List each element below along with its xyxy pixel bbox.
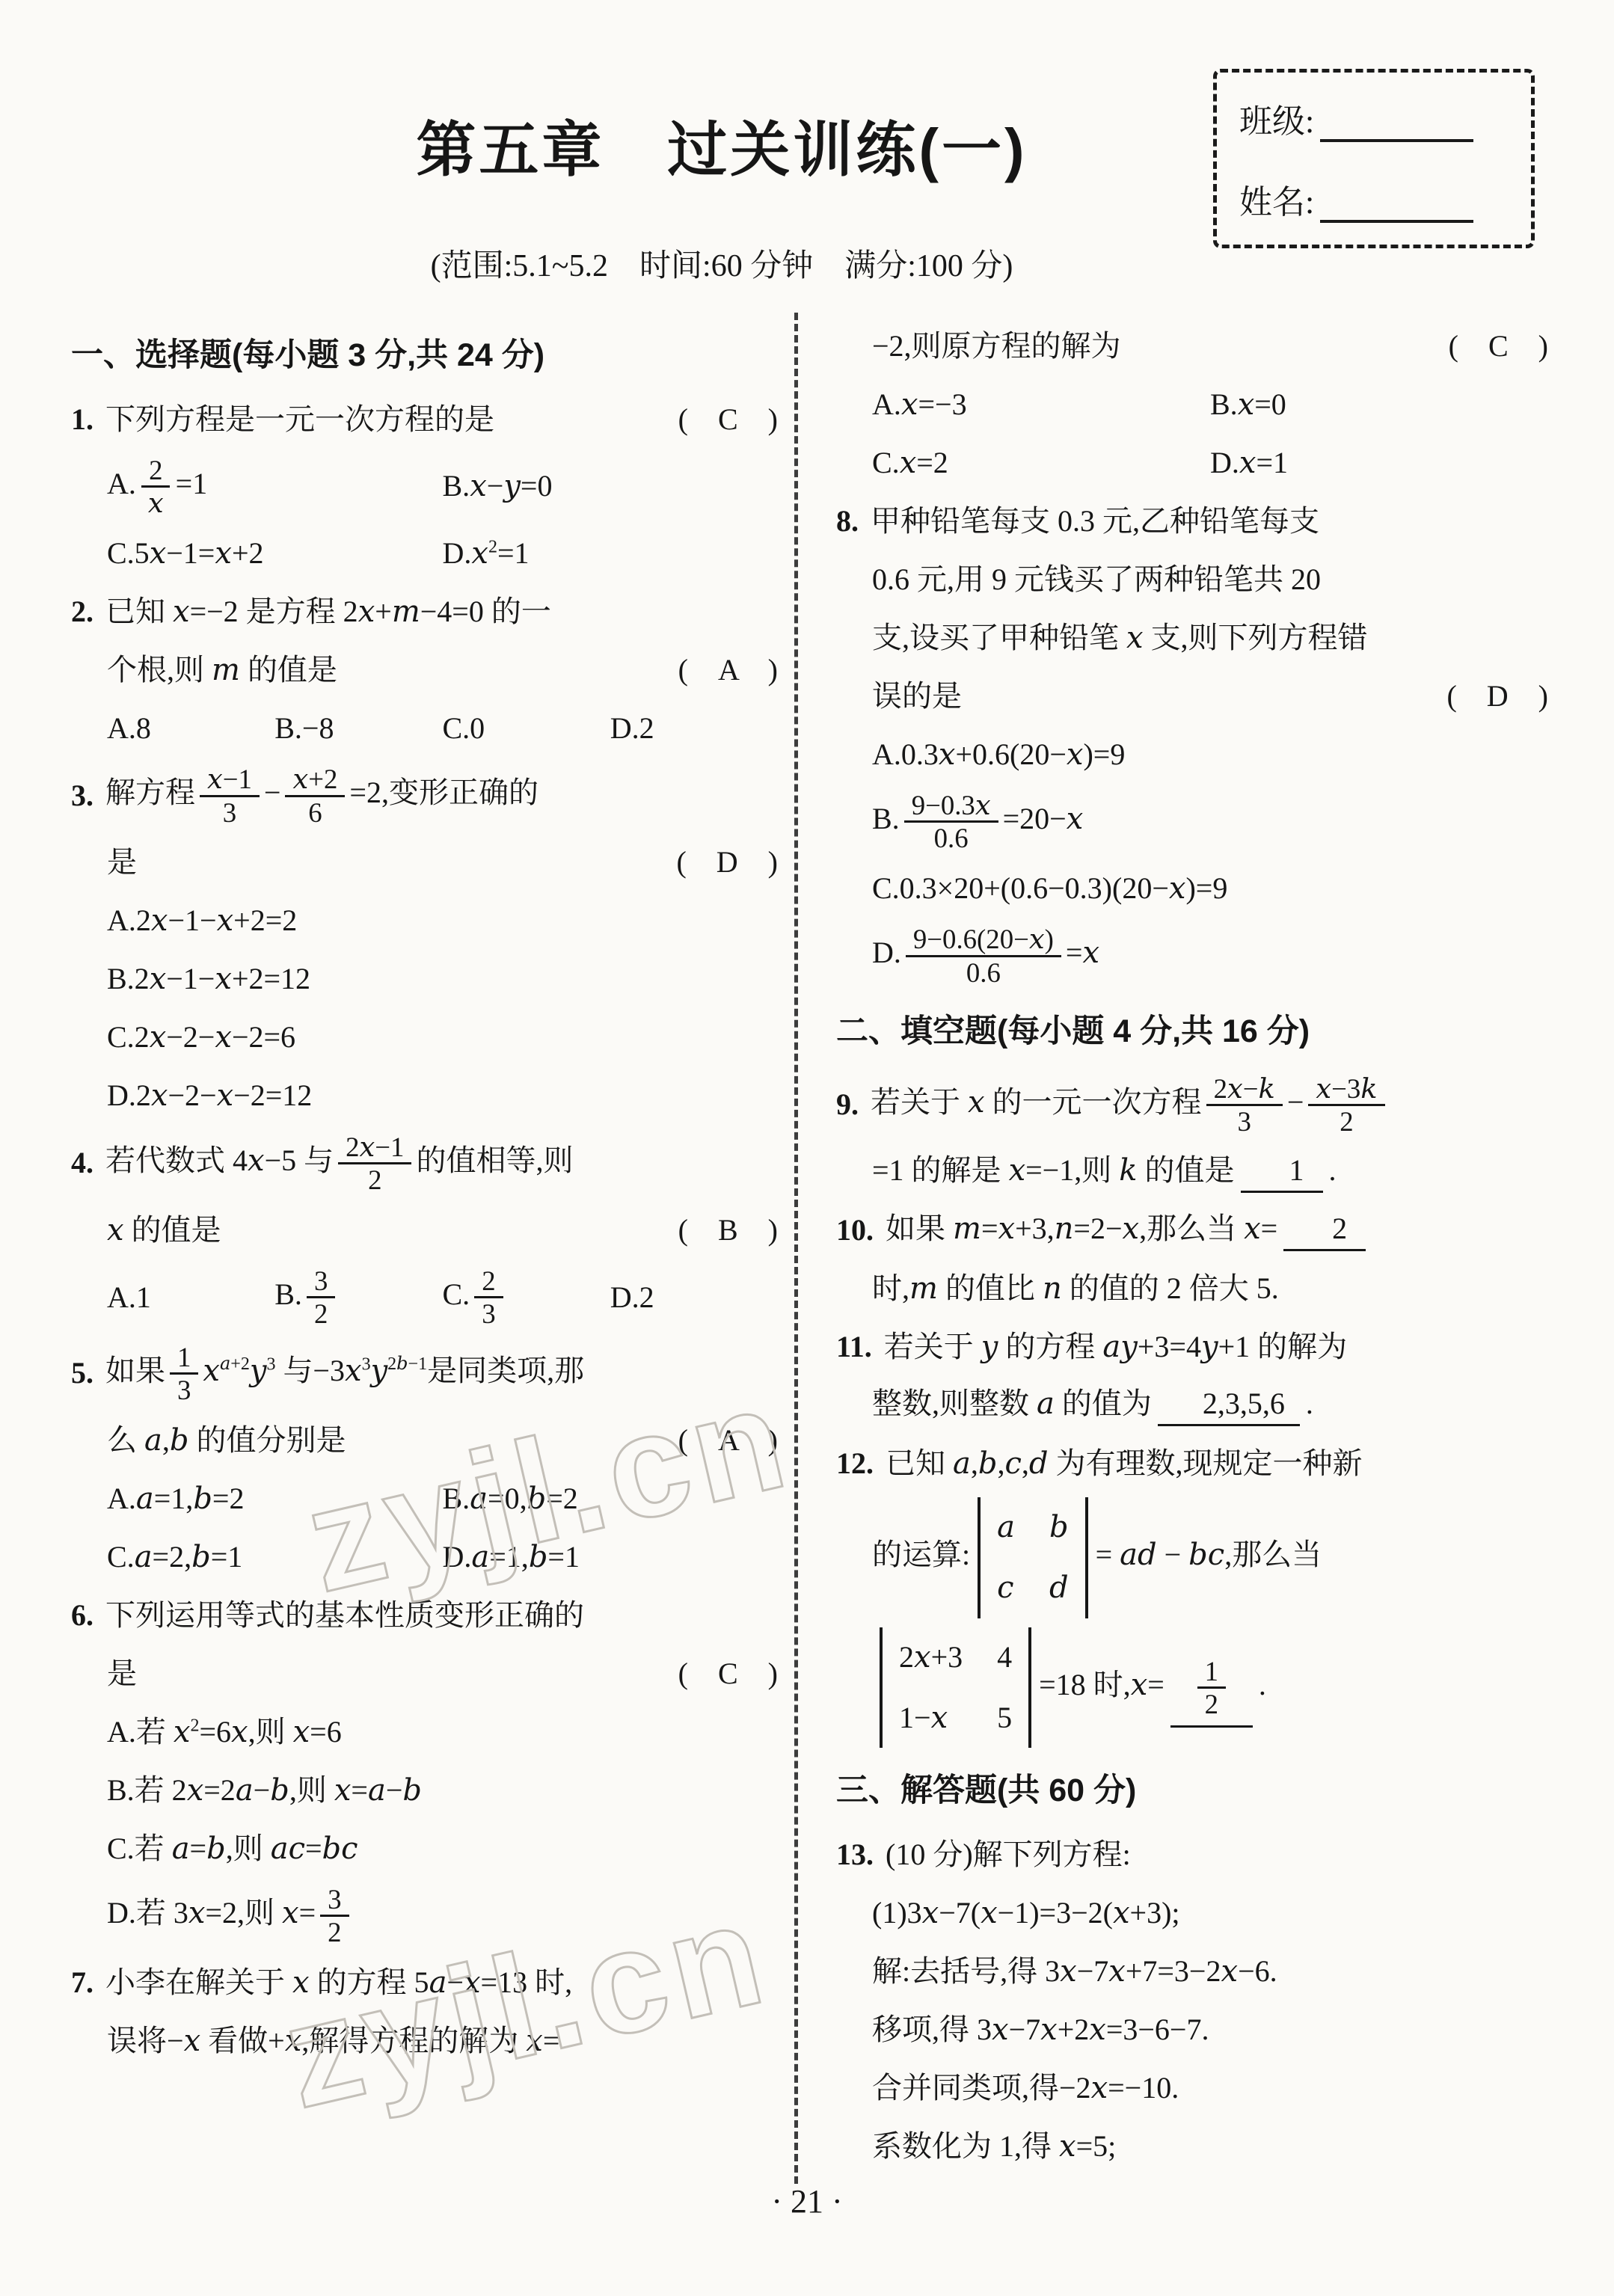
math-run: d — [1049, 1571, 1069, 1605]
math-run: x — [150, 1020, 167, 1055]
line-text: 移项,得 3x−7x+2x=3−6−7. — [872, 2010, 1209, 2050]
option-item: C.0.3×20+(0.6−0.3)(20−x)=9 — [872, 869, 1227, 909]
content-line: 个根,则 m 的值是( A ) — [71, 641, 778, 699]
math-run: x — [215, 962, 232, 996]
content-line: B.2x−1−x+2=12 — [71, 951, 778, 1009]
answer-choice: ( C ) — [1437, 327, 1548, 366]
answer-choice: ( C ) — [666, 400, 778, 440]
math-run: x — [1029, 923, 1045, 955]
line-text: 小李在解关于 x 的方程 5a−x=13 时, — [105, 1963, 572, 2003]
content-line: D.2x−2−x−2=12 — [71, 1067, 778, 1126]
superscript: 2 — [190, 1716, 199, 1735]
line-text: 0.6 元,用 9 元钱买了两种铅笔共 20 — [872, 560, 1321, 600]
fraction: 12 — [1197, 1656, 1226, 1719]
answer-choice: ( D ) — [664, 843, 778, 883]
math-run: x — [1089, 2013, 1106, 2047]
right-column: −2,则原方程的解为( C )A.x=−3B.x=0C.x=2D.x=18.甲种… — [836, 317, 1548, 2176]
option-item: C.若 a=b,则 ac=bc — [107, 1829, 358, 1869]
math-run: k — [1119, 1153, 1137, 1188]
content-line: A.2x−1−x+2=2 — [71, 892, 778, 951]
content-line: 时,m 的值比 n 的值的 2 倍大 5. — [836, 1259, 1548, 1318]
math-run: y — [250, 1354, 267, 1388]
math-run: y — [503, 469, 521, 503]
content-line: D.9−0.6(20−x)0.6=x — [836, 918, 1548, 993]
math-run: ay — [1102, 1330, 1137, 1364]
line-text: 是 — [107, 1654, 137, 1694]
option-item: B.2x−1−x+2=12 — [107, 960, 310, 999]
math-run: x — [231, 1715, 248, 1749]
option-item: B.32 — [274, 1259, 442, 1335]
math-run: b — [978, 1446, 998, 1481]
math-run: a — [236, 1773, 254, 1808]
question-number: 9. — [836, 1085, 871, 1125]
math-run: a — [144, 1423, 162, 1458]
question-number: 1. — [71, 400, 105, 440]
line-text: 三、解答题(共 60 分) — [836, 1769, 1136, 1812]
math-run: ac — [271, 1832, 305, 1866]
answer-blank: 12 — [1170, 1650, 1253, 1728]
left-column: 一、选择题(每小题 3 分,共 24 分)1.下列方程是一元一次方程的是( C … — [71, 317, 778, 2070]
option-item: A.2x=1 — [107, 449, 443, 524]
math-run: x — [1316, 1072, 1331, 1105]
fraction: x−3k2 — [1308, 1073, 1384, 1137]
content-line: C.5x−1=x+2D.x2=1 — [71, 524, 778, 583]
math-run: x — [1126, 621, 1144, 655]
question-line: 8.甲种铅笔每支 0.3 元,乙种铅笔每支 — [836, 492, 1548, 550]
page-title: 第五章 过关训练(一) — [0, 102, 1443, 188]
content-line: −2,则原方程的解为( C ) — [836, 317, 1548, 375]
content-line: B.9−0.3x0.6=20−x — [836, 784, 1548, 859]
math-run: x — [334, 1773, 352, 1808]
math-run: x — [107, 1213, 124, 1247]
math-run: x — [282, 1896, 299, 1930]
question-number: 7. — [71, 1963, 105, 2003]
content-line: 0.6 元,用 9 元钱买了两种铅笔共 20 — [836, 550, 1548, 609]
option-item: C.2x−2−x−2=6 — [107, 1018, 295, 1058]
math-run: k — [1360, 1072, 1377, 1105]
math-run: x — [215, 536, 232, 571]
math-run: x — [1082, 936, 1099, 970]
option-item: C.0 — [443, 709, 610, 749]
line-text: 2x+341−x5=18 时,x=12. — [872, 1623, 1266, 1753]
answer-blank: 1 — [1241, 1151, 1323, 1193]
math-run: x — [975, 789, 991, 821]
math-run: x — [901, 387, 918, 422]
math-run: x — [914, 1640, 931, 1675]
line-text: 么 a,b 的值分别是 — [107, 1421, 346, 1461]
math-run: x — [203, 1354, 220, 1388]
math-run: m — [392, 595, 420, 629]
math-run: x — [1091, 2071, 1108, 2105]
content-line: (1)3x−7(x−1)=3−2(x+3); — [836, 1884, 1548, 1942]
math-run: x — [1169, 871, 1186, 906]
line-text: =1 的解是 x=−1,则 k 的值是 1 . — [872, 1151, 1337, 1193]
question-line: 6.下列运用等式的基本性质变形正确的 — [71, 1586, 778, 1645]
line-text: 合并同类项,得−2x=−10. — [872, 2069, 1179, 2108]
question-number: 11. — [836, 1327, 884, 1367]
content-line: A.2x=1B.x−y=0 — [71, 449, 778, 524]
math-run: x — [1009, 1153, 1026, 1188]
question-number: 3. — [71, 776, 105, 816]
math-run: x — [207, 763, 223, 795]
math-run: a — [172, 1832, 190, 1866]
math-run: x — [470, 469, 487, 503]
math-run: x — [174, 1715, 191, 1749]
line-text: 整数,则整数 a 的值为 2,3,5,6 . — [872, 1384, 1313, 1426]
option-item: D.2 — [610, 709, 778, 749]
math-run: x — [1244, 1212, 1261, 1246]
math-run: x — [471, 536, 488, 571]
line-text: 一、选择题(每小题 3 分,共 24 分) — [71, 334, 544, 377]
math-run: a — [471, 1540, 489, 1574]
math-run: x — [526, 2024, 543, 2058]
math-run: a — [220, 1353, 230, 1374]
math-run: a — [953, 1446, 971, 1481]
math-run: a — [136, 1482, 154, 1516]
math-run: x — [217, 1078, 234, 1113]
math-run: x — [1113, 1896, 1130, 1930]
math-run: x — [215, 1020, 232, 1055]
math-run: a — [470, 1482, 488, 1516]
math-run: y — [371, 1354, 388, 1388]
line-text: 已知 a,b,c,d 为有理数,现规定一种新 — [886, 1444, 1362, 1484]
line-text: 解:去括号,得 3x−7x+7=3−2x−6. — [872, 1952, 1277, 1992]
answer-choice: ( A ) — [666, 651, 778, 690]
answer-choice: ( A ) — [666, 1421, 778, 1461]
content-line: A.0.3x+0.6(20−x)=9 — [836, 725, 1548, 784]
section-heading: 二、填空题(每小题 4 分,共 16 分) — [836, 997, 1548, 1067]
math-run: d — [1029, 1446, 1049, 1481]
math-run: x — [1060, 1954, 1077, 1989]
math-run: x — [981, 1896, 998, 1930]
content-line: 合并同类项,得−2x=−10. — [836, 2059, 1548, 2117]
math-run: x — [360, 1131, 375, 1163]
page-subtitle: (范围:5.1~5.2 时间:60 分钟 满分:100 分) — [0, 241, 1443, 286]
content-line: x 的值是( B ) — [71, 1201, 778, 1259]
math-run: x — [292, 1965, 310, 2000]
content-line: A.x=−3B.x=0 — [836, 375, 1548, 434]
math-run: a — [997, 1510, 1015, 1544]
question-number: 10. — [836, 1211, 886, 1250]
math-run: x — [939, 737, 956, 772]
answer-choice: ( C ) — [666, 1654, 778, 1694]
line-text: 已知 x=−2 是方程 2x+m−4=0 的一 — [105, 592, 551, 632]
math-run: x — [922, 1896, 939, 1930]
line-text: 二、填空题(每小题 4 分,共 16 分) — [836, 1010, 1310, 1053]
math-run: x — [1227, 1072, 1243, 1105]
question-line: 12.已知 a,b,c,d 为有理数,现规定一种新 — [836, 1434, 1548, 1493]
determinant: 2x+341−x5 — [880, 1627, 1031, 1749]
option-item: D.若 3x=2,则 x=32 — [107, 1878, 354, 1953]
fraction: 13 — [170, 1342, 198, 1405]
math-run: x — [248, 1144, 265, 1178]
line-text: 若关于 x 的一元一次方程2x−k3−x−3k2 — [871, 1067, 1390, 1143]
option-item: D.9−0.6(20−x)0.6=x — [872, 918, 1099, 993]
math-run: m — [953, 1212, 981, 1246]
question-line: 1.下列方程是一元一次方程的是( C ) — [71, 390, 778, 449]
answer-choice: ( B ) — [666, 1211, 778, 1250]
math-run: x — [900, 446, 917, 480]
content-line: A.a=1,b=2B.a=0,b=2 — [71, 1470, 778, 1528]
option-item: B.9−0.3x0.6=20−x — [872, 784, 1083, 859]
math-run: x — [187, 1773, 204, 1808]
option-item: D.2 — [610, 1278, 778, 1318]
question-number: 2. — [71, 592, 105, 632]
superscript: 3 — [266, 1354, 275, 1374]
content-line: C.0.3×20+(0.6−0.3)(20−x)=9 — [836, 859, 1548, 918]
question-line: 2.已知 x=−2 是方程 2x+m−4=0 的一 — [71, 583, 778, 641]
math-run: x — [998, 1212, 1016, 1246]
content-line: 支,设买了甲种铅笔 x 支,则下列方程错 — [836, 609, 1548, 667]
fraction: 9−0.3x0.6 — [904, 790, 998, 853]
content-line: A.1B.32C.23D.2 — [71, 1259, 778, 1335]
fraction: 32 — [320, 1884, 349, 1947]
line-text: 的运算:abcd= ad − bc,那么当 — [872, 1493, 1322, 1623]
math-run: ad — [1120, 1538, 1156, 1572]
line-text: 系数化为 1,得 x=5; — [872, 2127, 1116, 2167]
math-run: m — [212, 653, 240, 687]
question-number: 4. — [71, 1144, 105, 1183]
option-item: B.x=0 — [1210, 385, 1548, 425]
line-text: 下列运用等式的基本性质变形正确的 — [105, 1596, 584, 1636]
math-run: x — [150, 962, 167, 996]
math-run: x — [188, 1896, 206, 1930]
math-run: b — [402, 1773, 422, 1808]
line-text: 误的是 — [872, 677, 962, 716]
section-heading: 三、解答题(共 60 分) — [836, 1755, 1548, 1826]
math-run: a — [429, 1965, 447, 2000]
option-item: B.−8 — [274, 709, 442, 749]
line-text: 时,m 的值比 n 的值的 2 倍大 5. — [872, 1269, 1279, 1309]
fraction: 2x — [141, 455, 171, 518]
content-line: C.若 a=b,则 ac=bc — [71, 1820, 778, 1878]
math-run: y — [1201, 1330, 1218, 1364]
math-run: m — [909, 1271, 938, 1306]
option-item: B.x−y=0 — [443, 467, 779, 506]
math-run: x — [151, 1078, 168, 1113]
math-run: x — [1108, 1954, 1126, 1989]
math-run: x — [217, 903, 234, 938]
math-run: b — [206, 1832, 226, 1866]
superscript: 2 — [488, 538, 497, 557]
math-run: bc — [1188, 1538, 1224, 1572]
question-line: 3.解方程x−13−x+26=2,变形正确的 — [71, 758, 778, 833]
line-text: −2,则原方程的解为 — [872, 327, 1121, 366]
math-run: x — [184, 2024, 201, 2058]
line-text: 是 — [107, 843, 137, 883]
math-run: c — [997, 1571, 1013, 1605]
math-run: x — [151, 903, 168, 938]
math-run: x — [150, 536, 167, 571]
option-item: A.2x−1−x+2=2 — [107, 901, 297, 941]
option-item: C.a=2,b=1 — [107, 1538, 443, 1577]
content-line: D.若 3x=2,则 x=32 — [71, 1878, 778, 1953]
option-item: B.若 2x=2a−b,则 x=a−b — [107, 1771, 422, 1811]
math-run: x — [1067, 802, 1084, 836]
content-line: 么 a,b 的值分别是( A ) — [71, 1411, 778, 1470]
math-run: bc — [322, 1832, 358, 1866]
math-run: x — [1123, 1212, 1140, 1246]
question-number: 12. — [836, 1444, 886, 1484]
option-item: D.x=1 — [1210, 443, 1548, 483]
option-item: D.2x−2−x−2=12 — [107, 1076, 312, 1116]
math-run: x — [1221, 1954, 1239, 1989]
content-line: 整数,则整数 a 的值为 2,3,5,6 . — [836, 1376, 1548, 1434]
option-item: A.x=−3 — [872, 385, 1210, 425]
content-line: 是( C ) — [71, 1645, 778, 1703]
option-item: B.a=0,b=2 — [443, 1479, 779, 1519]
fraction: x+26 — [285, 764, 345, 827]
content-line: 是( D ) — [71, 834, 778, 892]
fraction: x−13 — [200, 764, 260, 827]
line-text: 如果13xa+2y3 与−3x3y2b−1是同类项,那 — [105, 1336, 584, 1411]
math-run: b — [193, 1482, 212, 1516]
option-item: A.0.3x+0.6(20−x)=9 — [872, 735, 1125, 775]
line-text: (10 分)解下列方程: — [886, 1835, 1131, 1875]
line-text: 误将−x 看做+x,解得方程的解为 x= — [107, 2022, 559, 2061]
math-run: b — [396, 1353, 408, 1374]
line-text: x 的值是 — [107, 1211, 221, 1250]
math-run: x — [173, 595, 190, 629]
line-text: 解方程x−13−x+26=2,变形正确的 — [105, 758, 538, 833]
math-run: k — [1259, 1072, 1275, 1105]
superscript: 2b−1 — [387, 1354, 427, 1374]
line-text: 支,设买了甲种铅笔 x 支,则下列方程错 — [872, 618, 1368, 658]
worksheet-page: 班级: 姓名: 第五章 过关训练(一) (范围:5.1~5.2 时间:60 分钟… — [0, 0, 1614, 2296]
math-run: x — [931, 1701, 948, 1735]
math-run: b — [529, 1540, 548, 1574]
content-line: 解:去括号,得 3x−7x+7=3−2x−6. — [836, 1942, 1548, 2001]
option-item: A.1 — [107, 1278, 274, 1318]
math-run: x — [148, 487, 164, 519]
page-number: · 21 · — [0, 2182, 1614, 2220]
content-line: 误将−x 看做+x,解得方程的解为 x= — [71, 2012, 778, 2070]
option-item: C.23 — [443, 1259, 610, 1335]
content-line: 误的是( D ) — [836, 667, 1548, 725]
math-run: x — [464, 1965, 481, 2000]
question-number: 8. — [836, 502, 871, 541]
math-run: a — [368, 1773, 386, 1808]
math-run: x — [1131, 1668, 1148, 1702]
line-text: 下列方程是一元一次方程的是 — [105, 400, 494, 440]
name-underline — [1320, 187, 1473, 223]
question-line: 9.若关于 x 的一元一次方程2x−k3−x−3k2 — [836, 1067, 1548, 1143]
superscript: a+2 — [220, 1354, 250, 1374]
content-line: C.a=2,b=1D.a=1,b=1 — [71, 1528, 778, 1586]
question-line: 5.如果13xa+2y3 与−3x3y2b−1是同类项,那 — [71, 1336, 778, 1411]
question-line: 4.若代数式 4x−5 与2x−12的值相等,则 — [71, 1126, 778, 1201]
fraction: 2x−k3 — [1206, 1073, 1283, 1137]
content-line: 移项,得 3x−7x+2x=3−6−7. — [836, 2001, 1548, 2059]
option-item: D.a=1,b=1 — [443, 1538, 779, 1577]
content-line: A.8B.−8C.0D.2 — [71, 699, 778, 758]
line-text: (1)3x−7(x−1)=3−2(x+3); — [872, 1894, 1180, 1933]
option-item: A.若 x2=6x,则 x=6 — [107, 1713, 342, 1752]
question-line: 7.小李在解关于 x 的方程 5a−x=13 时, — [71, 1953, 778, 2012]
content-line: =1 的解是 x=−1,则 k 的值是 1 . — [836, 1143, 1548, 1201]
math-run: x — [1239, 446, 1256, 480]
column-divider — [794, 313, 798, 2184]
math-run: b — [1049, 1510, 1069, 1544]
question-number: 6. — [71, 1596, 105, 1636]
content-line: C.2x−2−x−2=6 — [71, 1009, 778, 1067]
math-run: x — [293, 1715, 310, 1749]
answer-blank: 2,3,5,6 — [1158, 1384, 1300, 1426]
line-text: 若关于 y 的方程 ay+3=4y+1 的解为 — [884, 1327, 1347, 1367]
option-item: D.x2=1 — [443, 534, 779, 574]
content-line: C.x=2D.x=1 — [836, 434, 1548, 492]
math-run: b — [270, 1773, 289, 1808]
fraction: 32 — [307, 1265, 335, 1329]
fraction: 2x−12 — [338, 1132, 411, 1195]
math-run: x — [358, 595, 375, 629]
math-run: x — [345, 1354, 362, 1388]
question-line: 13.(10 分)解下列方程: — [836, 1826, 1548, 1884]
line-text: 如果 m=x+3,n=2−x,那么当 x= 2 — [886, 1209, 1372, 1251]
option-item: A.8 — [107, 709, 274, 749]
math-run: b — [170, 1423, 189, 1458]
option-item: C.5x−1=x+2 — [107, 534, 443, 574]
math-run: n — [1043, 1271, 1062, 1306]
math-run: a — [1037, 1387, 1055, 1421]
fraction: 23 — [474, 1265, 503, 1329]
line-text: 甲种铅笔每支 0.3 元,乙种铅笔每支 — [871, 502, 1319, 541]
section-heading: 一、选择题(每小题 3 分,共 24 分) — [71, 320, 778, 390]
math-run: y — [981, 1330, 998, 1364]
content-line: 的运算:abcd= ad − bc,那么当 — [836, 1493, 1548, 1623]
content-line: B.若 2x=2a−b,则 x=a−b — [71, 1761, 778, 1820]
content-line: A.若 x2=6x,则 x=6 — [71, 1703, 778, 1761]
content-line: 2x+341−x5=18 时,x=12. — [836, 1623, 1548, 1753]
determinant: abcd — [978, 1497, 1087, 1618]
question-number: 13. — [836, 1835, 886, 1875]
math-run: c — [1004, 1446, 1021, 1481]
option-item: A.a=1,b=2 — [107, 1479, 443, 1519]
math-run: x — [968, 1085, 985, 1120]
math-run: x — [285, 2024, 302, 2058]
math-run: x — [1040, 2013, 1058, 2047]
line-text: 若代数式 4x−5 与2x−12的值相等,则 — [105, 1126, 573, 1201]
question-number: 5. — [71, 1354, 105, 1393]
answer-choice: ( D ) — [1435, 677, 1548, 716]
superscript: 3 — [362, 1354, 371, 1374]
question-line: 10.如果 m=x+3,n=2−x,那么当 x= 2 — [836, 1201, 1548, 1259]
answer-blank: 2 — [1283, 1209, 1366, 1251]
math-run: x — [292, 763, 308, 795]
fraction: 9−0.6(20−x)0.6 — [906, 924, 1061, 987]
line-text: 个根,则 m 的值是 — [107, 651, 337, 690]
math-run: x — [1059, 2129, 1076, 2164]
math-run: x — [992, 2013, 1009, 2047]
math-run: x — [1067, 737, 1084, 772]
content-line: 系数化为 1,得 x=5; — [836, 2117, 1548, 2176]
math-run: x — [1238, 387, 1255, 422]
math-run: b — [191, 1540, 211, 1574]
math-run: n — [1055, 1212, 1074, 1246]
question-line: 11.若关于 y 的方程 ay+3=4y+1 的解为 — [836, 1318, 1548, 1376]
option-item: C.x=2 — [872, 443, 1210, 483]
math-run: a — [135, 1540, 153, 1574]
math-run: b — [527, 1482, 547, 1516]
